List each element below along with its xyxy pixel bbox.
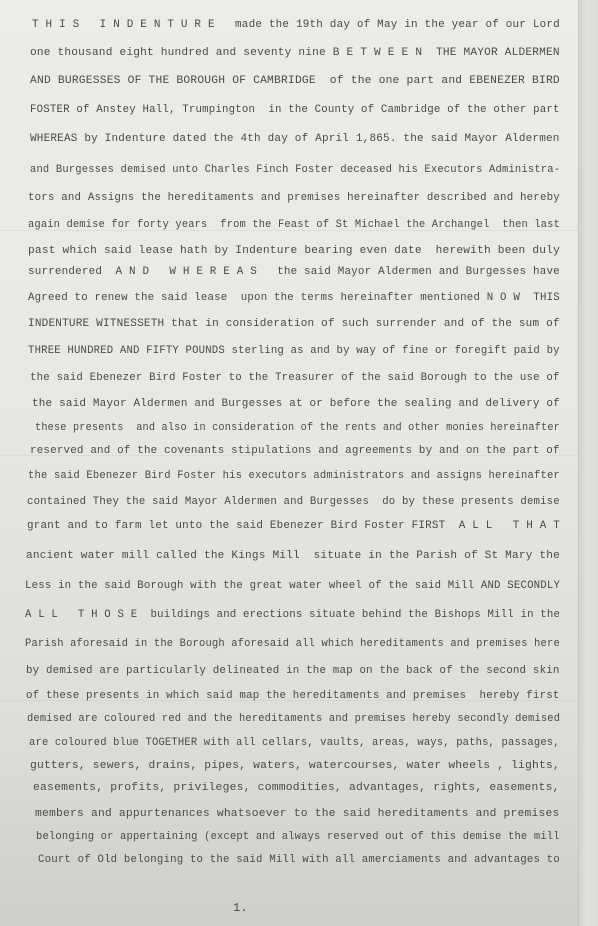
text-line: surrendered A N D W H E R E A S the said… <box>28 266 560 278</box>
text-line: gutters, sewers, drains, pipes, waters, … <box>30 760 560 772</box>
text-line: the said Ebenezer Bird Foster his execut… <box>28 470 560 482</box>
text-line: and Burgesses demised unto Charles Finch… <box>30 164 560 176</box>
text-line: the said Mayor Aldermen and Burgesses at… <box>32 398 560 410</box>
text-line: Court of Old belonging to the said Mill … <box>38 854 560 866</box>
backing-sheet <box>578 0 598 926</box>
text-line: Less in the said Borough with the great … <box>25 580 560 592</box>
text-line: these presents and also in consideration… <box>35 422 560 434</box>
text-line: A L L T H O S E buildings and erections … <box>25 609 560 621</box>
text-line: one thousand eight hundred and seventy n… <box>30 47 560 59</box>
text-line: by demised are particularly delineated i… <box>26 665 560 677</box>
text-line: INDENTURE WITNESSETH that in considerati… <box>28 318 560 330</box>
text-line: easements, profits, privileges, commodit… <box>33 782 560 794</box>
text-line: reserved and of the covenants stipulatio… <box>30 445 560 457</box>
text-line: demised are coloured red and the heredit… <box>27 713 560 725</box>
text-line: T H I S I N D E N T U R E made the 19th … <box>32 19 560 31</box>
text-line: grant and to farm let unto the said Eben… <box>27 520 560 532</box>
text-line: Parish aforesaid in the Borough aforesai… <box>25 638 560 650</box>
page-number: 1. <box>233 901 247 915</box>
text-line: contained They the said Mayor Aldermen a… <box>27 496 560 508</box>
text-line: past which said lease hath by Indenture … <box>28 245 560 257</box>
text-line: WHEREAS by Indenture dated the 4th day o… <box>30 133 560 145</box>
text-line: again demise for forty years from the Fe… <box>28 219 560 231</box>
text-line: of these presents in which said map the … <box>26 690 560 702</box>
text-line: belonging or appertaining (except and al… <box>36 831 560 843</box>
text-line: FOSTER of Anstey Hall, Trumpington in th… <box>30 104 560 116</box>
text-line: tors and Assigns the hereditaments and p… <box>28 192 560 204</box>
text-line: members and appurtenances whatsoever to … <box>35 808 560 820</box>
text-line: THREE HUNDRED AND FIFTY POUNDS sterling … <box>28 345 560 357</box>
text-line: are coloured blue TOGETHER with all cell… <box>29 737 560 749</box>
text-line: ancient water mill called the Kings Mill… <box>26 550 560 562</box>
text-line: the said Ebenezer Bird Foster to the Tre… <box>30 372 560 384</box>
text-line: Agreed to renew the said lease upon the … <box>28 292 560 304</box>
document-page: T H I S I N D E N T U R E made the 19th … <box>0 0 578 926</box>
text-line: AND BURGESSES OF THE BOROUGH OF CAMBRIDG… <box>30 75 560 87</box>
